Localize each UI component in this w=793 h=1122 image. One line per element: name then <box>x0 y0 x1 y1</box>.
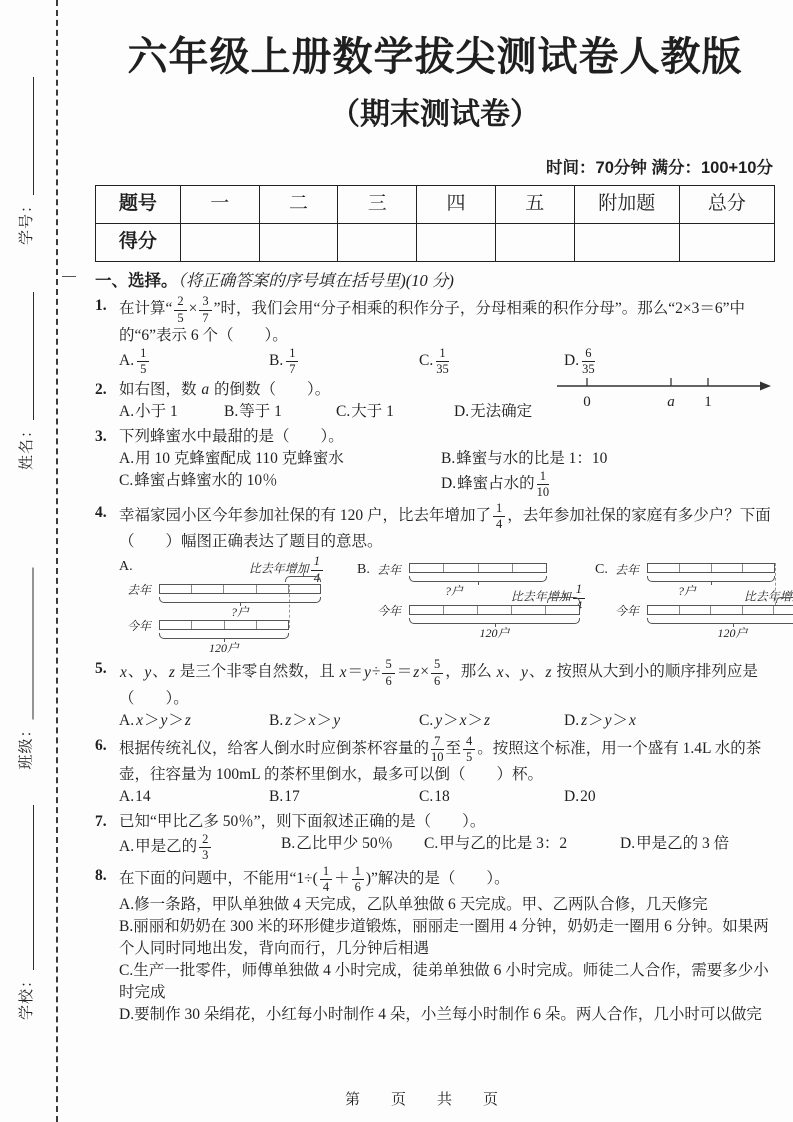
under-brace <box>647 618 793 624</box>
student-name-blank-line <box>33 292 34 420</box>
option: B.17 <box>269 786 419 808</box>
tick-label-1: 1 <box>704 394 712 410</box>
option: A.14 <box>119 786 269 808</box>
student-number-field: 学号： <box>17 75 41 245</box>
this-year-bar <box>647 605 793 615</box>
last-year-label: 去年 <box>615 562 639 579</box>
option: B.等于 1 <box>224 401 336 423</box>
option: A.小于 1 <box>119 401 224 423</box>
option: B.z＞x＞y <box>269 710 419 732</box>
bar-model-diagram-b: B. 去年 ?户 比去年增加14 今年 120户 <box>357 557 589 653</box>
class-field: 班级： <box>17 565 41 770</box>
class-label: 班级： <box>19 721 35 769</box>
diagram-a-key: A. <box>119 557 133 577</box>
option: D.甲是乙的 3 倍 <box>620 833 775 862</box>
question-1-number: 1. <box>95 295 107 317</box>
question-2: 2. 0 a 1 如右图，数 a 的倒数（ ）。 A.小于 1 B.等于 1 C… <box>95 379 775 423</box>
school-label: 学校： <box>19 972 35 1020</box>
diagram-b-key: B. <box>357 560 370 580</box>
school-field: 学校： <box>17 800 41 1020</box>
section-heading: 一、选择。（将正确答案的序号填在括号里)(10 分) <box>95 269 775 292</box>
question-list: 1. 在计算“25×37”时，我们会用“分子相乘的积作分子，分母相乘的积作分母”… <box>95 295 775 1026</box>
option: C.蜂蜜占蜂蜜水的 10％ <box>119 470 441 499</box>
question-3-number: 3. <box>95 426 107 448</box>
score-cell <box>180 224 259 262</box>
option: D.20 <box>564 786 775 808</box>
exam-paper-page: 学号： 姓名： 班级： 学校： 六年级上册数学拔尖测试卷人教版 （期末测试卷） … <box>0 0 793 1122</box>
score-cell <box>259 224 338 262</box>
option: C.18 <box>419 786 564 808</box>
unknown-households-label: ?户 <box>647 583 727 600</box>
under-brace <box>647 576 775 582</box>
under-brace <box>159 633 289 639</box>
last-year-bar <box>159 584 321 594</box>
score-table-col-3: 三 <box>338 186 417 224</box>
score-table-col-total: 总分 <box>679 186 774 224</box>
section-desc: （将正确答案的序号填在括号里)(10 分) <box>178 271 454 290</box>
question-8-number: 8. <box>95 865 107 887</box>
tick-label-a: a <box>667 394 675 410</box>
this-year-bar <box>159 620 289 630</box>
paper-content: 六年级上册数学拔尖测试卷人教版 （期末测试卷） 时间：70分钟 满分：100+1… <box>58 0 793 1122</box>
question-1-stem: 在计算“25×37”时，我们会用“分子相乘的积作分子，分母相乘的积作分母”。那么… <box>119 295 775 346</box>
total-households-label: 120户 <box>647 625 793 642</box>
student-number-blank-line <box>33 77 34 195</box>
time-score-info: 时间：70分钟 满分：100+10分 <box>95 157 775 180</box>
option: A.15 <box>119 347 269 376</box>
school-blank-line <box>33 805 34 970</box>
question-6-number: 6. <box>95 735 107 757</box>
arrowhead-icon <box>760 381 771 390</box>
question-5: 5. x、y、z 是三个非零自然数，且 x＝y÷56＝z×56，那么 x、y、z… <box>95 658 775 731</box>
option: C.135 <box>419 347 564 376</box>
option: D.蜂蜜占水的110 <box>441 470 775 499</box>
page-footer: 第 页 共 页 <box>58 1089 793 1110</box>
option: D.z＞y＞x <box>564 710 775 732</box>
score-table-score-row: 得分 <box>96 224 775 262</box>
question-6: 6. 根据传统礼仪，给客人倒水时应倒茶杯容量的710至45。按照这个标准，用一个… <box>95 735 775 808</box>
option: C.生产一批零件，师傅单独做 4 小时完成，徒弟单独做 6 小时完成。师徒二人合… <box>119 960 775 1004</box>
section-title: 一、选择。 <box>95 271 178 290</box>
question-8: 8. 在下面的问题中，不能用“1÷(14＋16)”解决的是（ ）。 A.修一条路… <box>95 865 775 1026</box>
question-1: 1. 在计算“25×37”时，我们会用“分子相乘的积作分子，分母相乘的积作分母”… <box>95 295 775 376</box>
under-brace <box>409 618 580 624</box>
question-5-stem: x、y、z 是三个非零自然数，且 x＝y÷56＝z×56，那么 x、y、z 按照… <box>119 658 775 709</box>
option: D.要制作 30 朵绢花，小红每小时制作 4 朵，小兰每小时制作 6 朵。两人合… <box>119 1004 775 1026</box>
option: B.乙比甲少 50％ <box>281 833 424 862</box>
score-row-label: 得分 <box>96 224 181 262</box>
last-year-label: 去年 <box>377 562 401 579</box>
score-cell <box>417 224 496 262</box>
student-name-field: 姓名： <box>17 290 41 470</box>
under-brace <box>409 576 547 582</box>
this-year-bar <box>409 605 580 615</box>
question-4-diagrams: A. 比去年增加14 去年 ?户 今年 120户 <box>119 557 775 655</box>
question-7-stem: 已知“甲比乙多 50％”，则下面叙述正确的是（ ）。 <box>119 811 775 833</box>
option: A.x＞y＞z <box>119 710 269 732</box>
paper-title: 六年级上册数学拔尖测试卷人教版 <box>95 34 775 80</box>
over-brace <box>547 597 580 603</box>
score-table-col-4: 四 <box>417 186 496 224</box>
bar-model-diagram-a: A. 比去年增加14 去年 ?户 今年 120户 <box>119 557 351 653</box>
last-year-bar <box>409 563 547 573</box>
score-table: 题号 一 二 三 四 五 附加题 总分 得分 <box>95 185 775 262</box>
option: B.丽丽和奶奶在 300 米的环形健步道锻炼，丽丽走一圈用 4 分钟，奶奶走一圈… <box>119 916 775 960</box>
score-cell <box>495 224 574 262</box>
paper-subtitle: （期末测试卷） <box>95 94 775 137</box>
question-4-stem: 幸福家园小区今年参加社保的有 120 户，比去年增加了14，去年参加社保的家庭有… <box>119 502 775 553</box>
question-3: 3. 下列蜂蜜水中最甜的是（ ）。 A.用 10 克蜂蜜配成 110 克蜂蜜水 … <box>95 426 775 499</box>
score-cell <box>338 224 417 262</box>
option: B.17 <box>269 347 419 376</box>
this-year-label: 今年 <box>127 618 151 635</box>
question-7-number: 7. <box>95 811 107 833</box>
score-table-col-1: 一 <box>180 186 259 224</box>
last-year-label: 去年 <box>127 582 151 599</box>
over-brace <box>776 597 793 603</box>
option: A.甲是乙的23 <box>119 833 281 862</box>
class-blank-line <box>33 567 34 719</box>
question-7: 7. 已知“甲比乙多 50％”，则下面叙述正确的是（ ）。 A.甲是乙的23 B… <box>95 811 775 862</box>
over-brace <box>285 576 321 582</box>
option: C.甲与乙的比是 3：2 <box>424 833 620 862</box>
tick-label-0: 0 <box>583 394 591 410</box>
question-8-stem: 在下面的问题中，不能用“1÷(14＋16)”解决的是（ ）。 <box>119 865 775 894</box>
unknown-households-label: ?户 <box>159 604 321 621</box>
question-2-options: A.小于 1 B.等于 1 C.大于 1 D.无法确定 <box>119 401 589 423</box>
question-3-options: A.用 10 克蜂蜜配成 110 克蜂蜜水 B.蜂蜜与水的比是 1：10 C.蜂… <box>119 448 775 499</box>
score-table-corner: 题号 <box>96 186 181 224</box>
question-4-number: 4. <box>95 502 107 524</box>
total-households-label: 120户 <box>159 640 289 657</box>
total-households-label: 120户 <box>409 625 580 642</box>
option: A.用 10 克蜂蜜配成 110 克蜂蜜水 <box>119 448 441 470</box>
student-number-label: 学号： <box>19 197 35 245</box>
this-year-label: 今年 <box>615 603 639 620</box>
question-6-options: A.14 B.17 C.18 D.20 <box>119 786 775 808</box>
question-3-stem: 下列蜂蜜水中最甜的是（ ）。 <box>119 426 775 448</box>
score-cell <box>679 224 774 262</box>
option: C.y＞x＞z <box>419 710 564 732</box>
option: B.蜂蜜与水的比是 1：10 <box>441 448 775 470</box>
question-5-number: 5. <box>95 658 107 680</box>
question-2-stem: 如右图，数 a 的倒数（ ）。 <box>119 379 545 401</box>
diagram-c-key: C. <box>595 560 608 580</box>
score-table-header-row: 题号 一 二 三 四 五 附加题 总分 <box>96 186 775 224</box>
question-2-number: 2. <box>95 379 107 401</box>
score-table-col-5: 五 <box>495 186 574 224</box>
option: A.修一条路，甲队单独做 4 天完成，乙队单独做 6 天完成。甲、乙两队合修，几… <box>119 894 775 916</box>
this-year-label: 今年 <box>377 603 401 620</box>
last-year-bar <box>647 563 775 573</box>
bar-model-diagram-c: C. 去年 ?户 比去年增加14 今年 120户 <box>595 557 793 653</box>
question-6-stem: 根据传统礼仪，给客人倒水时应倒茶杯容量的710至45。按照这个标准，用一个盛有 … <box>119 735 775 786</box>
unknown-households-label: ?户 <box>409 583 499 600</box>
score-table-col-extra: 附加题 <box>574 186 679 224</box>
question-4: 4. 幸福家园小区今年参加社保的有 120 户，比去年增加了14，去年参加社保的… <box>95 502 775 655</box>
question-7-options: A.甲是乙的23 B.乙比甲少 50％ C.甲与乙的比是 3：2 D.甲是乙的 … <box>119 833 775 862</box>
binding-sidebar: 学号： 姓名： 班级： 学校： <box>0 0 58 1122</box>
student-name-label: 姓名： <box>19 422 35 470</box>
score-table-col-2: 二 <box>259 186 338 224</box>
option: C.大于 1 <box>336 401 454 423</box>
score-cell <box>574 224 679 262</box>
number-line-figure: 0 a 1 <box>555 371 773 415</box>
under-brace <box>159 597 321 603</box>
question-5-options: A.x＞y＞z B.z＞x＞y C.y＞x＞z D.z＞y＞x <box>119 710 775 732</box>
